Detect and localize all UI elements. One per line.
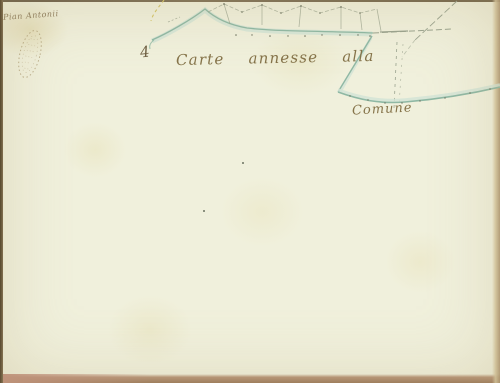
map-sheet: Pian Antonii 4 Carte annesse alla Comune [0,0,500,383]
page-edge-bottom-left-tint [0,374,150,383]
parcel-edge-line [338,36,372,92]
stream-tail [150,40,154,49]
stream-wash [152,10,372,41]
owner-signature: Pian Antonii [3,9,59,22]
stream-edge-line [152,9,373,40]
parcel-bottom-dots [203,88,491,212]
comune-label-handwritten: Comune [352,100,413,118]
yellow-dashed-boundary-line [151,0,164,21]
page-edge-bottom [0,374,500,383]
map-title-handwritten: Carte annesse alla [176,47,375,69]
sheet-number-mark: 4 [139,42,151,61]
parcel-dots [223,3,371,37]
parcel-boundary-mesh [168,4,381,31]
page-edge-top [0,0,500,2]
embossed-seal-icon [7,25,53,83]
page-edge-left [0,0,3,383]
parcel-bottom-wash [338,85,500,101]
parcel-bottom-line [338,87,500,103]
map-linework [0,0,500,383]
page-edge-right [492,0,500,383]
survey-lines-top-right [373,1,457,108]
parcel-edge-wash [340,38,371,92]
